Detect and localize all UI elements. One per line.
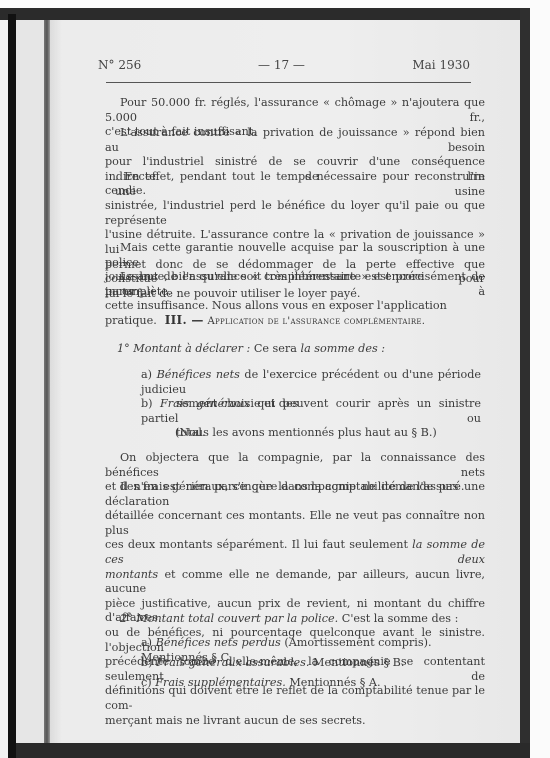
montant-declarer-text: Ce sera xyxy=(250,342,300,355)
book-cover-edge-top xyxy=(0,8,528,20)
book-cover-edge-left xyxy=(8,14,16,758)
list-item-frais-assurables: b) Frais généraux assurables. Mentionnés… xyxy=(141,656,491,671)
text-line: L'assurance contre « la privation de jou… xyxy=(105,126,485,155)
list-letter: b) xyxy=(141,656,153,669)
issue-number: N° 256 xyxy=(98,58,141,72)
text-line: montants et comme elle ne demande, par a… xyxy=(105,568,485,597)
text-line: Pour 50.000 fr. réglés, l'assurance « ch… xyxy=(105,96,485,125)
list-letter: b) xyxy=(141,397,153,410)
list-letter: c) xyxy=(141,676,152,689)
list-term: Bénéfices nets perdus xyxy=(156,636,281,649)
scan-background-top xyxy=(0,0,550,8)
book-cover-edge-bottom xyxy=(16,743,530,758)
list-text: Mentionnés § B. xyxy=(309,656,404,669)
list-term: Frais généraux assurables. xyxy=(156,656,309,669)
text-line: ces deux montants séparément. Il lui fau… xyxy=(105,538,485,567)
text-line: détaillée concernant ces montants. Elle … xyxy=(105,509,485,538)
list-term: Frais généraux xyxy=(160,397,250,410)
montant-total-intro: 2° Montant total couvert par la police. … xyxy=(120,612,490,627)
list-letter: a) xyxy=(141,636,152,649)
text-line: Mais cette garantie nouvelle acquise par… xyxy=(105,241,485,270)
list-term: Frais supplémentaires. xyxy=(155,676,286,689)
section-title: Application de l'assurance complémentair… xyxy=(208,316,426,327)
montant-total-text: C'est la somme des : xyxy=(338,612,458,625)
list-text: Mentionnés § A. xyxy=(286,676,381,689)
header-rule xyxy=(106,82,471,83)
text-span: et comme elle ne demande, par ailleurs, … xyxy=(105,568,485,596)
list-term: Bénéfices nets xyxy=(157,368,240,381)
montant-declarer-emph: la somme des : xyxy=(301,342,386,355)
text-line: Le but de l'assurance « complémentaire »… xyxy=(105,270,485,299)
scan-background-right xyxy=(530,0,550,758)
text-emphasis: montants xyxy=(105,568,158,581)
text-line: merçant mais ne livrant aucun de ses sec… xyxy=(105,714,485,729)
running-header: N° 256 — 17 — Mai 1930 xyxy=(98,58,470,76)
reference-note: (Nous les avons mentionnés plus haut au … xyxy=(175,426,475,441)
text-span: ces deux montants séparément. Il lui fau… xyxy=(105,538,412,551)
list-item-frais-supplementaires: c) Frais supplémentaires. Mentionnés § A… xyxy=(141,676,491,691)
montant-total-label: 2° Montant total couvert par la police. xyxy=(120,612,338,625)
facing-page-edge xyxy=(16,20,46,743)
section-heading: III. — Application de l'assurance complé… xyxy=(105,313,485,327)
text-line: . En effet, pendant tout le temps nécess… xyxy=(105,170,485,199)
paragraph-il-nen-est-rien: Il n'en est rien parce que la compagnie … xyxy=(105,480,485,728)
page-number: — 17 — xyxy=(258,58,305,72)
book-cover-edge-right xyxy=(520,8,530,756)
issue-date: Mai 1930 xyxy=(412,58,470,72)
section-number: III. — xyxy=(165,313,204,327)
text-line: Il n'en est rien parce que la compagnie … xyxy=(105,480,485,509)
montant-declarer-intro: 1° Montant à déclarer : Ce sera la somme… xyxy=(117,342,487,357)
text-line: On objectera que la compagnie, par la co… xyxy=(105,451,485,480)
list-letter: a) xyxy=(141,368,152,381)
montant-declarer-label: 1° Montant à déclarer : xyxy=(117,342,250,355)
text-line: sinistrée, l'industriel perd le bénéfice… xyxy=(105,199,485,228)
